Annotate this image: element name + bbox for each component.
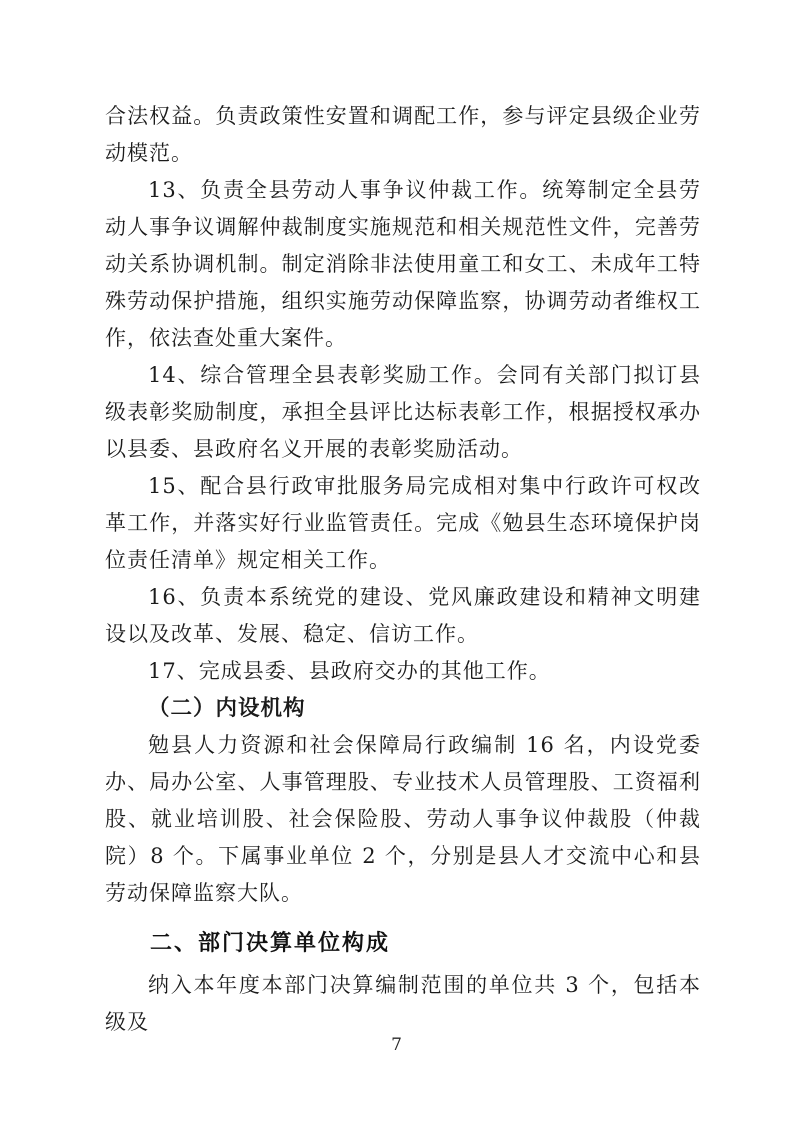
paragraph-item-13-arbitration: 13、负责全县劳动人事争议仲裁工作。统筹制定全县劳动人事争议调解仲裁制度实施规范… [105, 172, 701, 357]
document-page: 合法权益。负责政策性安置和调配工作，参与评定县级企业劳动模范。 13、负责全县劳… [0, 0, 793, 1122]
paragraph-internal-organization-detail: 勉县人力资源和社会保障局行政编制 16 名，内设党委办、局办公室、人事管理股、专… [105, 727, 701, 912]
paragraph-item-14-commendation: 14、综合管理全县表彰奖励工作。会同有关部门拟订县级表彰奖励制度，承担全县评比达… [105, 357, 701, 468]
page-content: 合法权益。负责政策性安置和调配工作，参与评定县级企业劳动模范。 13、负责全县劳… [105, 98, 701, 1041]
section-heading-budget-unit-composition: 二、部门决算单位构成 [105, 925, 701, 962]
paragraph-item-15-admin-approval: 15、配合县行政审批服务局完成相对集中行政许可权改革工作，并落实好行业监管责任。… [105, 468, 701, 579]
paragraph-item-16-party-building: 16、负责本系统党的建设、党风廉政建设和精神文明建设以及改革、发展、稳定、信访工… [105, 579, 701, 653]
subsection-heading-internal-organization: （二）内设机构 [105, 690, 701, 727]
paragraph-budget-scope: 纳入本年度本部门决算编制范围的单位共 3 个，包括本级及 [105, 967, 701, 1041]
paragraph-continuation-legal-rights: 合法权益。负责政策性安置和调配工作，参与评定县级企业劳动模范。 [105, 98, 701, 172]
page-number: 7 [0, 1035, 793, 1055]
paragraph-item-17-other-tasks: 17、完成县委、县政府交办的其他工作。 [105, 653, 701, 690]
